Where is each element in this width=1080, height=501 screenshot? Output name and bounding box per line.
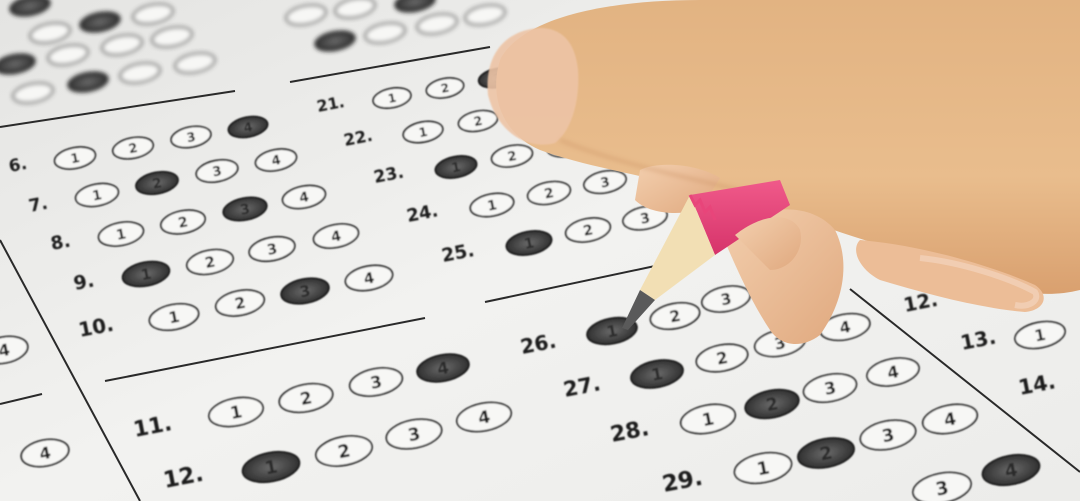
photo-canvas: 1234123412341234123412341234123121234123… <box>0 0 1080 501</box>
question-number: 8. <box>49 231 72 255</box>
answer-sheet-photo: 1234123412341234123412341234123121234123… <box>0 0 1080 501</box>
question-number: 6. <box>7 153 29 176</box>
question-number: 7. <box>27 194 49 217</box>
question-number: 9. <box>72 269 96 294</box>
